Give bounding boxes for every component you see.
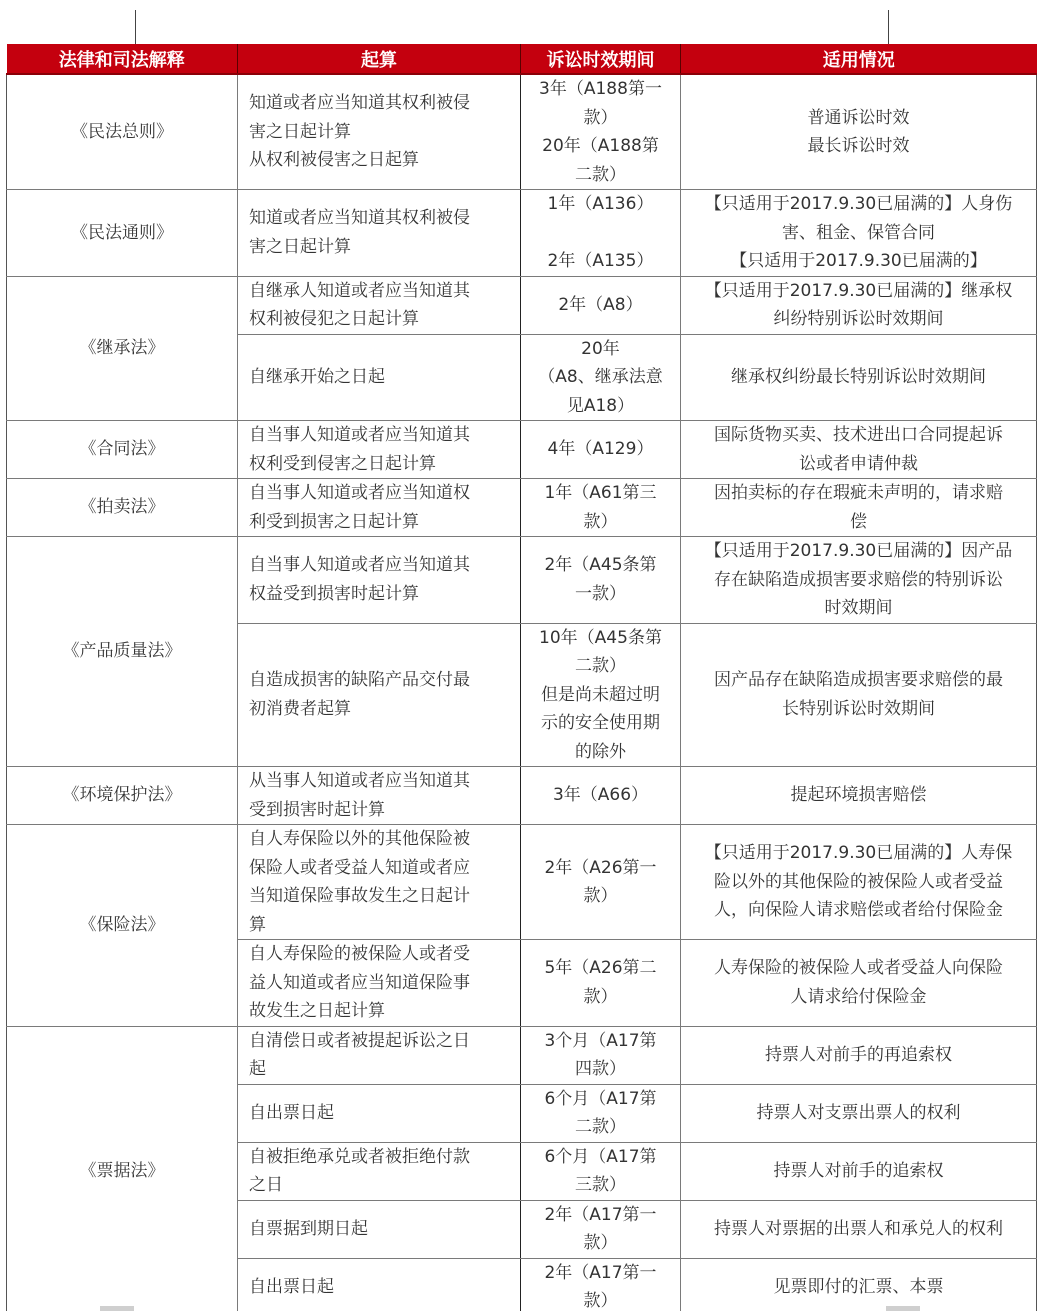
header-period: 诉讼时效期间 — [521, 44, 681, 74]
cell-text-line: 款） — [527, 1287, 674, 1311]
cell-text-line: 5年（A26第二 — [527, 954, 674, 983]
cell-text-line: 国际货物买卖、技术进出口合同提起诉 — [687, 421, 1030, 450]
apply-cell: 持票人对票据的出票人和承兑人的权利 — [681, 1200, 1037, 1258]
cell-text-line: 权益受到损害时起计算 — [249, 580, 514, 609]
period-cell: 1年（A136） 2年（A135） — [521, 190, 681, 277]
cell-text-line: 10年（A45条第 — [527, 624, 674, 653]
bottom-right-marker — [886, 1306, 920, 1311]
cell-text-line: 时效期间 — [687, 594, 1030, 623]
cell-text-line: 四款） — [527, 1055, 674, 1084]
period-cell: 3个月（A17第四款） — [521, 1026, 681, 1084]
law-name-cell: 《继承法》 — [7, 276, 238, 421]
cell-text-line: 起 — [249, 1055, 514, 1084]
cell-text-line: 因拍卖标的存在瑕疵未声明的，请求赔 — [687, 479, 1030, 508]
top-right-connector-line — [888, 10, 889, 44]
apply-cell: 【只适用于2017.9.30已届满的】继承权纠纷特别诉讼时效期间 — [681, 276, 1037, 334]
period-cell: 2年（A26第一款） — [521, 825, 681, 940]
start-cell: 自继承开始之日起 — [238, 334, 521, 421]
top-left-connector-line — [135, 10, 136, 44]
period-cell: 4年（A129） — [521, 421, 681, 479]
cell-text-line: 自出票日起 — [249, 1273, 514, 1302]
period-cell: 3年（A66） — [521, 767, 681, 825]
header-apply: 适用情况 — [681, 44, 1037, 74]
apply-cell: 提起环境损害赔偿 — [681, 767, 1037, 825]
cell-text-line: 人请求给付保险金 — [687, 983, 1030, 1012]
table-row: 《拍卖法》自当事人知道或者应当知道权利受到损害之日起计算1年（A61第三款）因拍… — [7, 479, 1037, 537]
cell-text-line: 自人寿保险以外的其他保险被 — [249, 825, 514, 854]
cell-text-line: 最长诉讼时效 — [687, 132, 1030, 161]
cell-text-line: 20年 — [527, 335, 674, 364]
cell-text-line: 自当事人知道或者应当知道权 — [249, 479, 514, 508]
period-cell: 2年（A8） — [521, 276, 681, 334]
period-cell: 2年（A17第一款） — [521, 1258, 681, 1311]
start-cell: 知道或者应当知道其权利被侵害之日起计算从权利被侵害之日起算 — [238, 74, 521, 190]
apply-cell: 持票人对支票出票人的权利 — [681, 1084, 1037, 1142]
cell-text-line: 6个月（A17第 — [527, 1143, 674, 1172]
period-cell: 3年（A188第一款）20年（A188第二款） — [521, 74, 681, 190]
cell-text-line: 权利受到侵害之日起计算 — [249, 450, 514, 479]
start-cell: 自票据到期日起 — [238, 1200, 521, 1258]
cell-text-line: 4年（A129） — [527, 435, 674, 464]
period-cell: 20年（A8、继承法意见A18） — [521, 334, 681, 421]
start-cell: 自被拒绝承兑或者被拒绝付款之日 — [238, 1142, 521, 1200]
apply-cell: 普通诉讼时效最长诉讼时效 — [681, 74, 1037, 190]
start-cell: 自当事人知道或者应当知道其权利受到侵害之日起计算 — [238, 421, 521, 479]
cell-text-line: 自继承开始之日起 — [249, 363, 514, 392]
start-cell: 自当事人知道或者应当知道权利受到损害之日起计算 — [238, 479, 521, 537]
period-cell: 10年（A45条第二款）但是尚未超过明示的安全使用期的除外 — [521, 623, 681, 767]
cell-text-line: 示的安全使用期 — [527, 709, 674, 738]
cell-text-line: 继承权纠纷最长特别诉讼时效期间 — [687, 363, 1030, 392]
table-row: 《民法通则》知道或者应当知道其权利被侵害之日起计算1年（A136） 2年（A13… — [7, 190, 1037, 277]
cell-text-line: 害之日起计算 — [249, 118, 514, 147]
cell-text-line: 三款） — [527, 1171, 674, 1200]
cell-text-line: 故发生之日起计算 — [249, 997, 514, 1026]
statute-of-limitations-table: 法律和司法解释 起算 诉讼时效期间 适用情况 《民法总则》知道或者应当知道其权利… — [6, 44, 1037, 1311]
cell-text-line: 20年（A188第 — [527, 132, 674, 161]
cell-text-line: 自造成损害的缺陷产品交付最 — [249, 666, 514, 695]
cell-text-line: 一款） — [527, 580, 674, 609]
cell-text-line: 讼或者申请仲裁 — [687, 450, 1030, 479]
cell-text-line: 普通诉讼时效 — [687, 104, 1030, 133]
cell-text-line: 害、租金、保管合同 — [687, 219, 1030, 248]
start-cell: 自人寿保险的被保险人或者受益人知道或者应当知道保险事故发生之日起计算 — [238, 940, 521, 1027]
cell-text-line: 2年（A17第一 — [527, 1201, 674, 1230]
period-cell: 6个月（A17第二款） — [521, 1084, 681, 1142]
table-row: 《环境保护法》从当事人知道或者应当知道其受到损害时起计算3年（A66）提起环境损… — [7, 767, 1037, 825]
apply-cell: 【只适用于2017.9.30已届满的】人身伤害、租金、保管合同【只适用于2017… — [681, 190, 1037, 277]
cell-text-line: 从权利被侵害之日起算 — [249, 146, 514, 175]
cell-text-line: 【只适用于2017.9.30已届满的】继承权 — [687, 277, 1030, 306]
cell-text-line: （A8、继承法意 — [527, 363, 674, 392]
table-row: 《合同法》自当事人知道或者应当知道其权利受到侵害之日起计算4年（A129）国际货… — [7, 421, 1037, 479]
start-cell: 自继承人知道或者应当知道其权利被侵犯之日起计算 — [238, 276, 521, 334]
cell-text-line: 存在缺陷造成损害要求赔偿的特别诉讼 — [687, 566, 1030, 595]
law-name-cell: 《产品质量法》 — [7, 537, 238, 767]
cell-text-line: 款） — [527, 882, 674, 911]
law-name-cell: 《拍卖法》 — [7, 479, 238, 537]
cell-text-line: 算 — [249, 911, 514, 940]
apply-cell: 国际货物买卖、技术进出口合同提起诉讼或者申请仲裁 — [681, 421, 1037, 479]
cell-text-line: 知道或者应当知道其权利被侵 — [249, 89, 514, 118]
cell-text-line: 款） — [527, 104, 674, 133]
cell-text-line: 二款） — [527, 161, 674, 190]
table-row: 《保险法》自人寿保险以外的其他保险被保险人或者受益人知道或者应当知道保险事故发生… — [7, 825, 1037, 940]
cell-text-line: 自被拒绝承兑或者被拒绝付款 — [249, 1143, 514, 1172]
cell-text-line: 保险人或者受益人知道或者应 — [249, 854, 514, 883]
cell-text-line: 益人知道或者应当知道保险事 — [249, 969, 514, 998]
cell-text-line: 见票即付的汇票、本票 — [687, 1273, 1030, 1302]
law-name-cell: 《环境保护法》 — [7, 767, 238, 825]
cell-text-line: 权利被侵犯之日起计算 — [249, 305, 514, 334]
start-cell: 自造成损害的缺陷产品交付最初消费者起算 — [238, 623, 521, 767]
cell-text-line: 持票人对票据的出票人和承兑人的权利 — [687, 1215, 1030, 1244]
apply-cell: 继承权纠纷最长特别诉讼时效期间 — [681, 334, 1037, 421]
cell-text-line: 款） — [527, 508, 674, 537]
cell-text-line: 自当事人知道或者应当知道其 — [249, 421, 514, 450]
cell-text-line: 的除外 — [527, 738, 674, 767]
cell-text-line: 2年（A135） — [527, 247, 674, 276]
cell-text-line: 险以外的其他保险的被保险人或者受益 — [687, 868, 1030, 897]
cell-text-line: 【只适用于2017.9.30已届满的】 — [687, 247, 1030, 276]
cell-text-line: 二款） — [527, 1113, 674, 1142]
start-cell: 知道或者应当知道其权利被侵害之日起计算 — [238, 190, 521, 277]
cell-text-line: 自当事人知道或者应当知道其 — [249, 551, 514, 580]
cell-text-line: 款） — [527, 983, 674, 1012]
cell-text-line: 害之日起计算 — [249, 233, 514, 262]
cell-text-line: 自票据到期日起 — [249, 1215, 514, 1244]
apply-cell: 【只适用于2017.9.30已届满的】因产品存在缺陷造成损害要求赔偿的特别诉讼时… — [681, 537, 1037, 624]
cell-text-line: 持票人对前手的追索权 — [687, 1157, 1030, 1186]
cell-text-line: 1年（A61第三 — [527, 479, 674, 508]
law-name-cell: 《票据法》 — [7, 1026, 238, 1311]
period-cell: 6个月（A17第三款） — [521, 1142, 681, 1200]
period-cell: 5年（A26第二款） — [521, 940, 681, 1027]
cell-text-line: 3年（A66） — [527, 781, 674, 810]
cell-text-line: 利受到损害之日起计算 — [249, 508, 514, 537]
cell-text-line — [527, 219, 674, 248]
cell-text-line: 6个月（A17第 — [527, 1085, 674, 1114]
cell-text-line: 之日 — [249, 1171, 514, 1200]
cell-text-line: 二款） — [527, 652, 674, 681]
cell-text-line: 2年（A17第一 — [527, 1259, 674, 1288]
apply-cell: 【只适用于2017.9.30已届满的】人寿保险以外的其他保险的被保险人或者受益人… — [681, 825, 1037, 940]
period-cell: 2年（A45条第一款） — [521, 537, 681, 624]
law-name-cell: 《民法通则》 — [7, 190, 238, 277]
cell-text-line: 纠纷特别诉讼时效期间 — [687, 305, 1030, 334]
cell-text-line: 因产品存在缺陷造成损害要求赔偿的最 — [687, 666, 1030, 695]
law-name-cell: 《保险法》 — [7, 825, 238, 1027]
law-name-cell: 《民法总则》 — [7, 74, 238, 190]
start-cell: 自当事人知道或者应当知道其权益受到损害时起计算 — [238, 537, 521, 624]
cell-text-line: 长特别诉讼时效期间 — [687, 695, 1030, 724]
cell-text-line: 人寿保险的被保险人或者受益人向保险 — [687, 954, 1030, 983]
cell-text-line: 【只适用于2017.9.30已届满的】人寿保 — [687, 839, 1030, 868]
period-cell: 1年（A61第三款） — [521, 479, 681, 537]
cell-text-line: 从当事人知道或者应当知道其 — [249, 767, 514, 796]
start-cell: 自清偿日或者被提起诉讼之日起 — [238, 1026, 521, 1084]
cell-text-line: 【只适用于2017.9.30已届满的】因产品 — [687, 537, 1030, 566]
table-row: 《产品质量法》自当事人知道或者应当知道其权益受到损害时起计算2年（A45条第一款… — [7, 537, 1037, 624]
start-cell: 自出票日起 — [238, 1258, 521, 1311]
cell-text-line: 但是尚未超过明 — [527, 681, 674, 710]
apply-cell: 见票即付的汇票、本票 — [681, 1258, 1037, 1311]
table-body: 《民法总则》知道或者应当知道其权利被侵害之日起计算从权利被侵害之日起算3年（A1… — [7, 74, 1037, 1311]
cell-text-line: 初消费者起算 — [249, 695, 514, 724]
cell-text-line: 自人寿保险的被保险人或者受 — [249, 940, 514, 969]
table-header-row: 法律和司法解释 起算 诉讼时效期间 适用情况 — [7, 44, 1037, 74]
start-cell: 从当事人知道或者应当知道其受到损害时起计算 — [238, 767, 521, 825]
cell-text-line: 知道或者应当知道其权利被侵 — [249, 204, 514, 233]
apply-cell: 因拍卖标的存在瑕疵未声明的，请求赔偿 — [681, 479, 1037, 537]
cell-text-line: 受到损害时起计算 — [249, 796, 514, 825]
period-cell: 2年（A17第一款） — [521, 1200, 681, 1258]
table-row: 《票据法》自清偿日或者被提起诉讼之日起3个月（A17第四款）持票人对前手的再追索… — [7, 1026, 1037, 1084]
bottom-left-marker — [100, 1306, 134, 1311]
cell-text-line: 自清偿日或者被提起诉讼之日 — [249, 1027, 514, 1056]
header-law: 法律和司法解释 — [7, 44, 238, 74]
cell-text-line: 持票人对前手的再追索权 — [687, 1041, 1030, 1070]
apply-cell: 持票人对前手的追索权 — [681, 1142, 1037, 1200]
cell-text-line: 自出票日起 — [249, 1099, 514, 1128]
cell-text-line: 1年（A136） — [527, 190, 674, 219]
cell-text-line: 2年（A26第一 — [527, 854, 674, 883]
cell-text-line: 【只适用于2017.9.30已届满的】人身伤 — [687, 190, 1030, 219]
table-row: 《民法总则》知道或者应当知道其权利被侵害之日起计算从权利被侵害之日起算3年（A1… — [7, 74, 1037, 190]
cell-text-line: 提起环境损害赔偿 — [687, 781, 1030, 810]
cell-text-line: 偿 — [687, 508, 1030, 537]
start-cell: 自人寿保险以外的其他保险被保险人或者受益人知道或者应当知道保险事故发生之日起计算 — [238, 825, 521, 940]
apply-cell: 人寿保险的被保险人或者受益人向保险人请求给付保险金 — [681, 940, 1037, 1027]
cell-text-line: 持票人对支票出票人的权利 — [687, 1099, 1030, 1128]
header-start: 起算 — [238, 44, 521, 74]
cell-text-line: 当知道保险事故发生之日起计 — [249, 882, 514, 911]
cell-text-line: 人，向保险人请求赔偿或者给付保险金 — [687, 896, 1030, 925]
law-name-cell: 《合同法》 — [7, 421, 238, 479]
cell-text-line: 2年（A45条第 — [527, 551, 674, 580]
apply-cell: 持票人对前手的再追索权 — [681, 1026, 1037, 1084]
cell-text-line: 自继承人知道或者应当知道其 — [249, 277, 514, 306]
apply-cell: 因产品存在缺陷造成损害要求赔偿的最长特别诉讼时效期间 — [681, 623, 1037, 767]
start-cell: 自出票日起 — [238, 1084, 521, 1142]
cell-text-line: 款） — [527, 1229, 674, 1258]
cell-text-line: 见A18） — [527, 392, 674, 421]
cell-text-line: 2年（A8） — [527, 291, 674, 320]
table-row: 《继承法》自继承人知道或者应当知道其权利被侵犯之日起计算2年（A8）【只适用于2… — [7, 276, 1037, 334]
cell-text-line: 3个月（A17第 — [527, 1027, 674, 1056]
cell-text-line: 3年（A188第一 — [527, 75, 674, 104]
